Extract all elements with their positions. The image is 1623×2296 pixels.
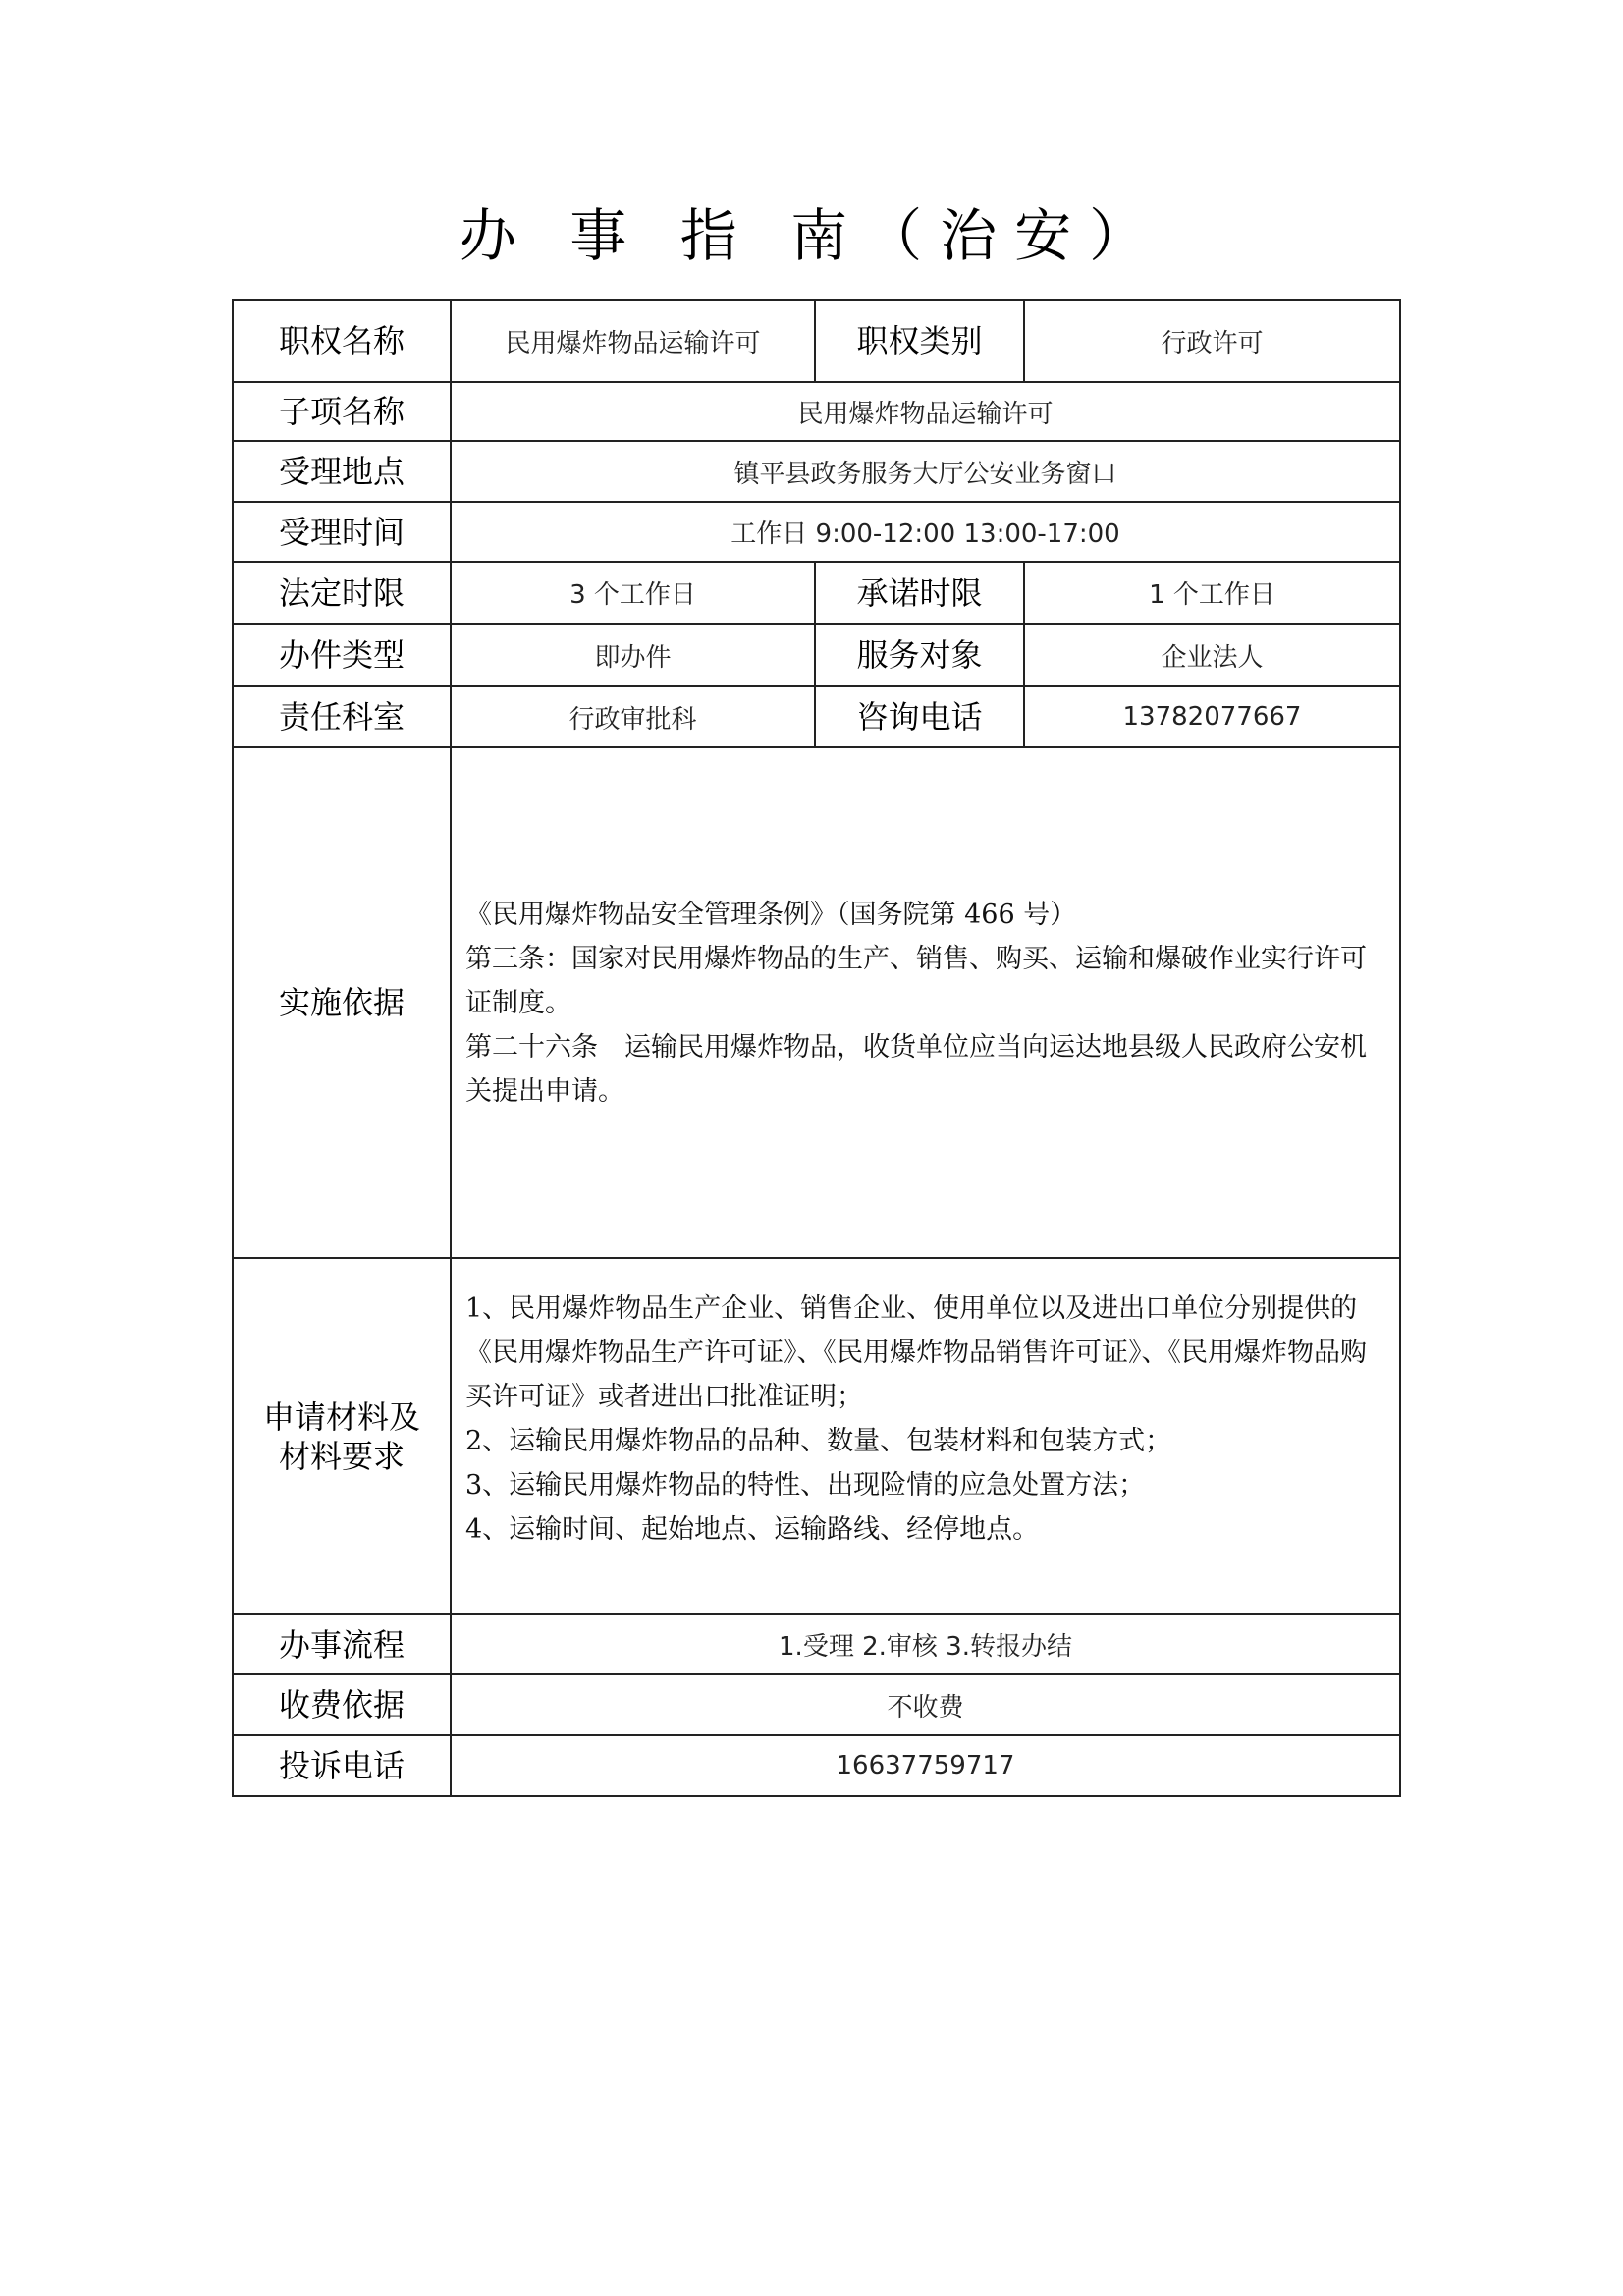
- label-promised-limit: 承诺时限: [815, 562, 1024, 624]
- materials-item: 1、民用爆炸物品生产企业、销售企业、使用单位以及进出口单位分别提供的《民用爆炸物…: [465, 1286, 1385, 1419]
- row-materials: 申请材料及 材料要求 1、民用爆炸物品生产企业、销售企业、使用单位以及进出口单位…: [233, 1258, 1400, 1614]
- label-responsible-dept: 责任科室: [233, 686, 451, 747]
- value-consult-phone: 13782077667: [1024, 686, 1400, 747]
- label-materials-line1: 申请材料及: [234, 1397, 450, 1437]
- legal-basis-paragraph: 第三条：国家对民用爆炸物品的生产、销售、购买、运输和爆破作业实行许可证制度。: [465, 937, 1385, 1025]
- document-title: 办 事 指 南（治安）: [0, 196, 1623, 275]
- materials-item: 3、运输民用爆炸物品的特性、出现险情的应急处置方法；: [465, 1463, 1385, 1507]
- label-power-name: 职权名称: [233, 300, 451, 382]
- row-process: 办事流程 1.受理 2.审核 3.转报办结: [233, 1614, 1400, 1674]
- legal-basis-text: 《民用爆炸物品安全管理条例》（国务院第 466 号） 第三条：国家对民用爆炸物品…: [451, 747, 1400, 1258]
- label-case-type: 办件类型: [233, 624, 451, 686]
- row-fee: 收费依据 不收费: [233, 1674, 1400, 1735]
- label-location: 受理地点: [233, 441, 451, 502]
- label-subitem: 子项名称: [233, 382, 451, 441]
- materials-list: 1、民用爆炸物品生产企业、销售企业、使用单位以及进出口单位分别提供的《民用爆炸物…: [451, 1258, 1400, 1614]
- label-process: 办事流程: [233, 1614, 451, 1674]
- value-power-name: 民用爆炸物品运输许可: [451, 300, 815, 382]
- value-case-type: 即办件: [451, 624, 815, 686]
- value-location: 镇平县政务服务大厅公安业务窗口: [451, 441, 1400, 502]
- value-power-category: 行政许可: [1024, 300, 1400, 382]
- label-complaint-phone: 投诉电话: [233, 1735, 451, 1796]
- row-dept: 责任科室 行政审批科 咨询电话 13782077667: [233, 686, 1400, 747]
- legal-basis-paragraph: 第二十六条 运输民用爆炸物品，收货单位应当向运达地县级人民政府公安机关提出申请。: [465, 1025, 1385, 1114]
- row-subitem: 子项名称 民用爆炸物品运输许可: [233, 382, 1400, 441]
- value-legal-limit: 3 个工作日: [451, 562, 815, 624]
- value-hours: 工作日 9:00-12:00 13:00-17:00: [451, 502, 1400, 562]
- label-hours: 受理时间: [233, 502, 451, 562]
- row-case-type: 办件类型 即办件 服务对象 企业法人: [233, 624, 1400, 686]
- row-time-limit: 法定时限 3 个工作日 承诺时限 1 个工作日: [233, 562, 1400, 624]
- label-service-target: 服务对象: [815, 624, 1024, 686]
- service-guide-table: 职权名称 民用爆炸物品运输许可 职权类别 行政许可 子项名称 民用爆炸物品运输许…: [232, 299, 1401, 1797]
- row-location: 受理地点 镇平县政务服务大厅公安业务窗口: [233, 441, 1400, 502]
- row-complaint: 投诉电话 16637759717: [233, 1735, 1400, 1796]
- label-legal-limit: 法定时限: [233, 562, 451, 624]
- legal-basis-paragraph: 《民用爆炸物品安全管理条例》（国务院第 466 号）: [465, 893, 1385, 937]
- label-legal-basis: 实施依据: [233, 747, 451, 1258]
- value-promised-limit: 1 个工作日: [1024, 562, 1400, 624]
- value-fee: 不收费: [451, 1674, 1400, 1735]
- value-responsible-dept: 行政审批科: [451, 686, 815, 747]
- value-service-target: 企业法人: [1024, 624, 1400, 686]
- value-subitem: 民用爆炸物品运输许可: [451, 382, 1400, 441]
- value-complaint-phone: 16637759717: [451, 1735, 1400, 1796]
- label-fee: 收费依据: [233, 1674, 451, 1735]
- label-materials: 申请材料及 材料要求: [233, 1258, 451, 1614]
- label-materials-line2: 材料要求: [234, 1437, 450, 1476]
- label-consult-phone: 咨询电话: [815, 686, 1024, 747]
- materials-item: 4、运输时间、起始地点、运输路线、经停地点。: [465, 1507, 1385, 1552]
- materials-item: 2、运输民用爆炸物品的品种、数量、包装材料和包装方式；: [465, 1419, 1385, 1463]
- row-legal-basis: 实施依据 《民用爆炸物品安全管理条例》（国务院第 466 号） 第三条：国家对民…: [233, 747, 1400, 1258]
- value-process: 1.受理 2.审核 3.转报办结: [451, 1614, 1400, 1674]
- label-power-category: 职权类别: [815, 300, 1024, 382]
- row-hours: 受理时间 工作日 9:00-12:00 13:00-17:00: [233, 502, 1400, 562]
- row-power-name: 职权名称 民用爆炸物品运输许可 职权类别 行政许可: [233, 300, 1400, 382]
